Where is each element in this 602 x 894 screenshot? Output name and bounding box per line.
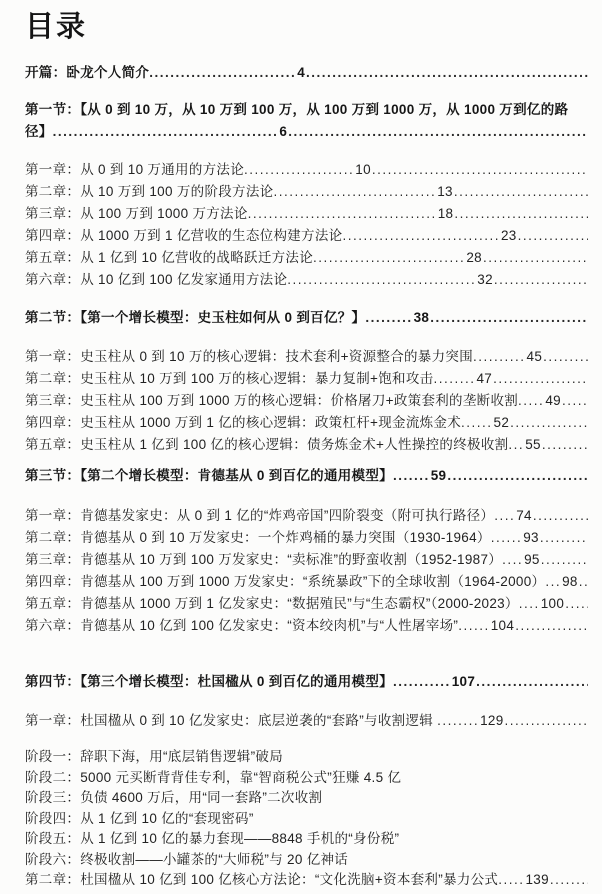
toc-page: 目录 开篇：卧龙个人简介............................…: [0, 0, 602, 894]
leader-dots: ........: [433, 371, 475, 386]
toc-group-s2-chapters: 第一章：史玉柱从 0 到 10 万的核心逻辑：技术套利+资源整合的暴力突围...…: [25, 346, 588, 456]
leader-dots-tail: ........................................…: [542, 437, 588, 452]
toc-entry: 第二节：【第一个增长模型：史玉柱如何从 0 到百亿？】.........38..…: [25, 307, 588, 329]
toc-entry: 第三节：【第二个增长模型：肯德基从 0 到百亿的通用模型】.......59..…: [25, 465, 588, 487]
toc-entry: 阶段四：从 1 亿到 10 亿的“套现密码”: [25, 809, 588, 830]
toc-entry: 第三章：从 100 万到 1000 万方法论..................…: [25, 203, 588, 225]
leader-dots-tail: ........................................…: [454, 206, 588, 221]
leader-dots-tail: ........................................…: [483, 250, 588, 265]
toc-entry: 第六章：肯德基从 10 亿到 100 亿发家史：“资本绞肉机”与“人性屠宰场”.…: [25, 615, 588, 637]
toc-entry: 阶段二：5000 元买断背背佳专利，靠“智商税公式”狂赚 4.5 亿: [25, 768, 588, 789]
leader-dots: ....: [519, 596, 540, 611]
leader-dots-tail: ........................................…: [543, 349, 588, 364]
toc-entry: 阶段一：辞职下海，用“底层销售逻辑”破局: [25, 747, 588, 768]
page-number: 139: [524, 872, 549, 887]
leader-dots: ....: [502, 552, 523, 567]
leader-dots-tail: ........................................…: [540, 530, 588, 545]
toc-group-s1-chapters: 第一章：从 0 到 10 万通用的方法论....................…: [25, 159, 588, 291]
toc-list: 开篇：卧龙个人简介............................4..…: [25, 62, 588, 891]
leader-dots-tail: ........................................…: [579, 574, 588, 589]
page-number: 107: [451, 674, 476, 689]
toc-entry: 第三章：史玉柱从 100 万到 1000 万的核心逻辑：价格屠刀+政策套利的垄断…: [25, 390, 588, 412]
toc-entry: 第四章：从 1000 万到 1 亿营收的生态位构建方法论............…: [25, 225, 588, 247]
leader-dots-tail: ........................................…: [288, 124, 588, 139]
leader-dots-tail: ........................................…: [505, 713, 588, 728]
page-number: 32: [476, 272, 494, 287]
toc-entry-text: 阶段五：从 1 亿到 10 亿的暴力套现——8848 手机的“身份税”: [25, 831, 399, 846]
leader-dots: .............................: [313, 250, 465, 265]
toc-entry: 阶段六：终极收割——小罐茶的“大师税”与 20 亿神话: [25, 850, 588, 871]
toc-group-opening: 开篇：卧龙个人简介............................4..…: [25, 62, 588, 84]
toc-entry: 第一章：史玉柱从 0 到 10 万的核心逻辑：技术套利+资源整合的暴力突围...…: [25, 346, 588, 368]
leader-dots-tail: ........................................…: [518, 228, 588, 243]
leader-dots: ..........: [473, 349, 526, 364]
toc-entry-text: 第三节：【第二个增长模型：肯德基从 0 到百亿的通用模型】: [25, 468, 393, 483]
page-number: 104: [490, 618, 515, 633]
page-number: 28: [465, 250, 483, 265]
leader-dots: ...: [508, 437, 524, 452]
toc-entry-text: 第四章：从 1000 万到 1 亿营收的生态位构建方法论: [25, 228, 342, 243]
toc-entry-text: 开篇：卧龙个人简介: [25, 65, 149, 80]
toc-entry: 开篇：卧龙个人简介............................4..…: [25, 62, 588, 84]
toc-entry-text: 第六章：从 10 亿到 100 亿发家通用方法论: [25, 272, 287, 287]
toc-entry: 第二章：肯德基从 0 到 10 万发家史：一个炸鸡桶的暴力突围（1930-196…: [25, 527, 588, 549]
toc-group-s4-chapter-1: 第一章：杜国楹从 0 到 10 亿发家史：底层逆袭的“套路”与收割逻辑 ....…: [25, 710, 588, 732]
page-number: 95: [523, 552, 541, 567]
toc-entry-text: 第一章：杜国楹从 0 到 10 亿发家史：底层逆袭的“套路”与收割逻辑: [25, 713, 437, 728]
toc-entry-text: 第二章：肯德基从 0 到 10 万发家史：一个炸鸡桶的暴力突围（1930-196…: [25, 530, 491, 545]
toc-group-section-3: 第三节：【第二个增长模型：肯德基从 0 到百亿的通用模型】.......59..…: [25, 465, 588, 487]
leader-dots-tail: ........................................…: [476, 674, 588, 689]
toc-entry-text: 第一章：肯德基发家史：从 0 到 1 亿的“炸鸡帝国”四阶裂变（附可执行路径）: [25, 508, 494, 523]
toc-entry-text: 第五章：史玉柱从 1 亿到 100 亿的核心逻辑：债务炼金术+人性操控的终极收割: [25, 437, 508, 452]
page-title: 目录: [25, 10, 588, 44]
page-number: 98: [561, 574, 579, 589]
toc-entry: 第一章：从 0 到 10 万通用的方法论....................…: [25, 159, 588, 181]
leader-dots: ......: [458, 618, 490, 633]
leader-dots-tail: ........................................…: [430, 310, 588, 325]
toc-entry: 第一节：【从 0 到 10 万，从 10 万到 100 万，从 100 万到 1…: [25, 99, 588, 121]
leader-dots-tail: ........................................…: [515, 618, 588, 633]
toc-group-section-4: 第四节：【第三个增长模型：杜国楹从 0 到百亿的通用模型】...........…: [25, 671, 588, 693]
toc-entry-text: 第五章：从 1 亿到 10 亿营收的战略跃迁方法论: [25, 250, 313, 265]
leader-dots: ........................................…: [53, 124, 279, 139]
page-number: 59: [430, 468, 448, 483]
leader-dots: ....: [494, 508, 515, 523]
page-number: 74: [515, 508, 533, 523]
toc-entry-text: 第五章：肯德基从 1000 万到 1 亿发家史：“数据殖民”与“生态霸权”（20…: [25, 596, 519, 611]
leader-dots: ...........: [393, 674, 451, 689]
leader-dots-tail: ........................................…: [447, 468, 588, 483]
toc-group-s4-stages: 阶段一：辞职下海，用“底层销售逻辑”破局阶段二：5000 元买断背背佳专利，靠“…: [25, 747, 588, 891]
toc-entry: 第二章：杜国楹从 10 亿到 100 亿核心方法论：“文化洗脑+资本套利”暴力公…: [25, 870, 588, 891]
toc-entry: 第五章：从 1 亿到 10 亿营收的战略跃迁方法论...............…: [25, 247, 588, 269]
leader-dots-tail: ........................................…: [562, 393, 588, 408]
leader-dots-tail: ........................................…: [306, 65, 588, 80]
toc-entry: 第四章：史玉柱从 1000 万到 1 亿的核心逻辑：政策杠杆+现金流炼金术...…: [25, 412, 588, 434]
leader-dots: ...............................: [273, 184, 436, 199]
leader-dots-tail: ........................................…: [493, 371, 588, 386]
toc-entry-text: 第三章：肯德基从 10 万到 100 万发家史：“卖标准”的野蛮收割（1952-…: [25, 552, 502, 567]
toc-entry-text: 第一章：从 0 到 10 万通用的方法论: [25, 162, 244, 177]
toc-entry-text: 径】: [25, 124, 53, 139]
toc-entry-text: 第三章：史玉柱从 100 万到 1000 万的核心逻辑：价格屠刀+政策套利的垄断…: [25, 393, 518, 408]
toc-entry-text: 第四章：史玉柱从 1000 万到 1 亿的核心逻辑：政策杠杆+现金流炼金术: [25, 415, 461, 430]
toc-group-section-1: 第一节：【从 0 到 10 万，从 10 万到 100 万，从 100 万到 1…: [25, 99, 588, 143]
page-number: 93: [522, 530, 540, 545]
toc-entry: 第四章：肯德基从 100 万到 1000 万发家史：“系统暴政”下的全球收割（1…: [25, 571, 588, 593]
leader-dots: .......: [393, 468, 430, 483]
toc-entry-text: 第二章：杜国楹从 10 亿到 100 亿核心方法论：“文化洗脑+资本套利”暴力公…: [25, 872, 498, 887]
leader-dots-tail: ........................................…: [533, 508, 588, 523]
leader-dots: ......: [491, 530, 523, 545]
leader-dots: ...: [545, 574, 561, 589]
page-number: 6: [278, 124, 288, 139]
page-number: 55: [524, 437, 542, 452]
toc-entry: 第五章：肯德基从 1000 万到 1 亿发家史：“数据殖民”与“生态霸权”（20…: [25, 593, 588, 615]
toc-entry: 第二章：从 10 万到 100 万的阶段方法论.................…: [25, 181, 588, 203]
leader-dots: ............................: [149, 65, 296, 80]
toc-entry-text: 阶段一：辞职下海，用“底层销售逻辑”破局: [25, 749, 283, 764]
leader-dots: .....................: [244, 162, 354, 177]
toc-entry: 第一章：肯德基发家史：从 0 到 1 亿的“炸鸡帝国”四阶裂变（附可执行路径）.…: [25, 505, 588, 527]
page-number: 52: [493, 415, 511, 430]
toc-entry-text: 第二章：史玉柱从 10 万到 100 万的核心逻辑：暴力复制+饱和攻击: [25, 371, 433, 386]
page-number: 47: [475, 371, 493, 386]
page-number: 10: [354, 162, 372, 177]
leader-dots-tail: ........................................…: [454, 184, 588, 199]
leader-dots-tail: ........................................…: [541, 552, 588, 567]
leader-dots: ......: [461, 415, 493, 430]
page-number: 38: [413, 310, 431, 325]
toc-entry-text: 第一章：史玉柱从 0 到 10 万的核心逻辑：技术套利+资源整合的暴力突围: [25, 349, 473, 364]
toc-entry-text: 阶段二：5000 元买断背背佳专利，靠“智商税公式”狂赚 4.5 亿: [25, 770, 401, 785]
leader-dots: .........: [365, 310, 412, 325]
toc-entry: 阶段三：负债 4600 万后，用“同一套路”二次收割: [25, 788, 588, 809]
leader-dots: .....: [518, 393, 544, 408]
page-number: 4: [296, 65, 306, 80]
toc-entry-text: 第一节：【从 0 到 10 万，从 10 万到 100 万，从 100 万到 1…: [25, 102, 568, 117]
page-number: 23: [500, 228, 518, 243]
leader-dots-tail: ........................................…: [494, 272, 588, 287]
toc-entry: 阶段五：从 1 亿到 10 亿的暴力套现——8848 手机的“身份税”: [25, 829, 588, 850]
leader-dots: ....................................: [248, 206, 437, 221]
toc-entry: 径】......................................…: [25, 121, 588, 143]
toc-entry-text: 第六章：肯德基从 10 亿到 100 亿发家史：“资本绞肉机”与“人性屠宰场”: [25, 618, 458, 633]
leader-dots: .....: [498, 872, 524, 887]
toc-group-section-2: 第二节：【第一个增长模型：史玉柱如何从 0 到百亿？】.........38..…: [25, 307, 588, 329]
toc-entry-text: 第四节：【第三个增长模型：杜国楹从 0 到百亿的通用模型】: [25, 674, 393, 689]
leader-dots-tail: ........................................…: [550, 872, 588, 887]
leader-dots-tail: ........................................…: [372, 162, 588, 177]
toc-entry-text: 阶段三：负债 4600 万后，用“同一套路”二次收割: [25, 790, 322, 805]
toc-entry-text: 第四章：肯德基从 100 万到 1000 万发家史：“系统暴政”下的全球收割（1…: [25, 574, 545, 589]
toc-entry-text: 阶段四：从 1 亿到 10 亿的“套现密码”: [25, 811, 254, 826]
toc-entry-text: 第二章：从 10 万到 100 万的阶段方法论: [25, 184, 273, 199]
toc-entry: 第六章：从 10 亿到 100 亿发家通用方法论................…: [25, 269, 588, 291]
page-number: 129: [479, 713, 504, 728]
leader-dots: ....................................: [287, 272, 476, 287]
toc-entry: 第三章：肯德基从 10 万到 100 万发家史：“卖标准”的野蛮收割（1952-…: [25, 549, 588, 571]
page-number: 100: [540, 596, 565, 611]
leader-dots: ........: [437, 713, 479, 728]
toc-entry-text: 阶段六：终极收割——小罐茶的“大师税”与 20 亿神话: [25, 852, 348, 867]
toc-entry: 第四节：【第三个增长模型：杜国楹从 0 到百亿的通用模型】...........…: [25, 671, 588, 693]
toc-entry-text: 第二节：【第一个增长模型：史玉柱如何从 0 到百亿？】: [25, 310, 365, 325]
page-number: 13: [436, 184, 454, 199]
page-number: 18: [437, 206, 455, 221]
toc-entry: 第二章：史玉柱从 10 万到 100 万的核心逻辑：暴力复制+饱和攻击.....…: [25, 368, 588, 390]
toc-entry: 第一章：杜国楹从 0 到 10 亿发家史：底层逆袭的“套路”与收割逻辑 ....…: [25, 710, 588, 732]
page-number: 49: [544, 393, 562, 408]
leader-dots-tail: ........................................…: [510, 415, 588, 430]
leader-dots-tail: ........................................…: [565, 596, 588, 611]
toc-group-s3-chapters: 第一章：肯德基发家史：从 0 到 1 亿的“炸鸡帝国”四阶裂变（附可执行路径）.…: [25, 505, 588, 637]
page-number: 45: [526, 349, 544, 364]
toc-entry-text: 第三章：从 100 万到 1000 万方法论: [25, 206, 248, 221]
toc-entry: 第五章：史玉柱从 1 亿到 100 亿的核心逻辑：债务炼金术+人性操控的终极收割…: [25, 434, 588, 456]
leader-dots: ..............................: [342, 228, 500, 243]
